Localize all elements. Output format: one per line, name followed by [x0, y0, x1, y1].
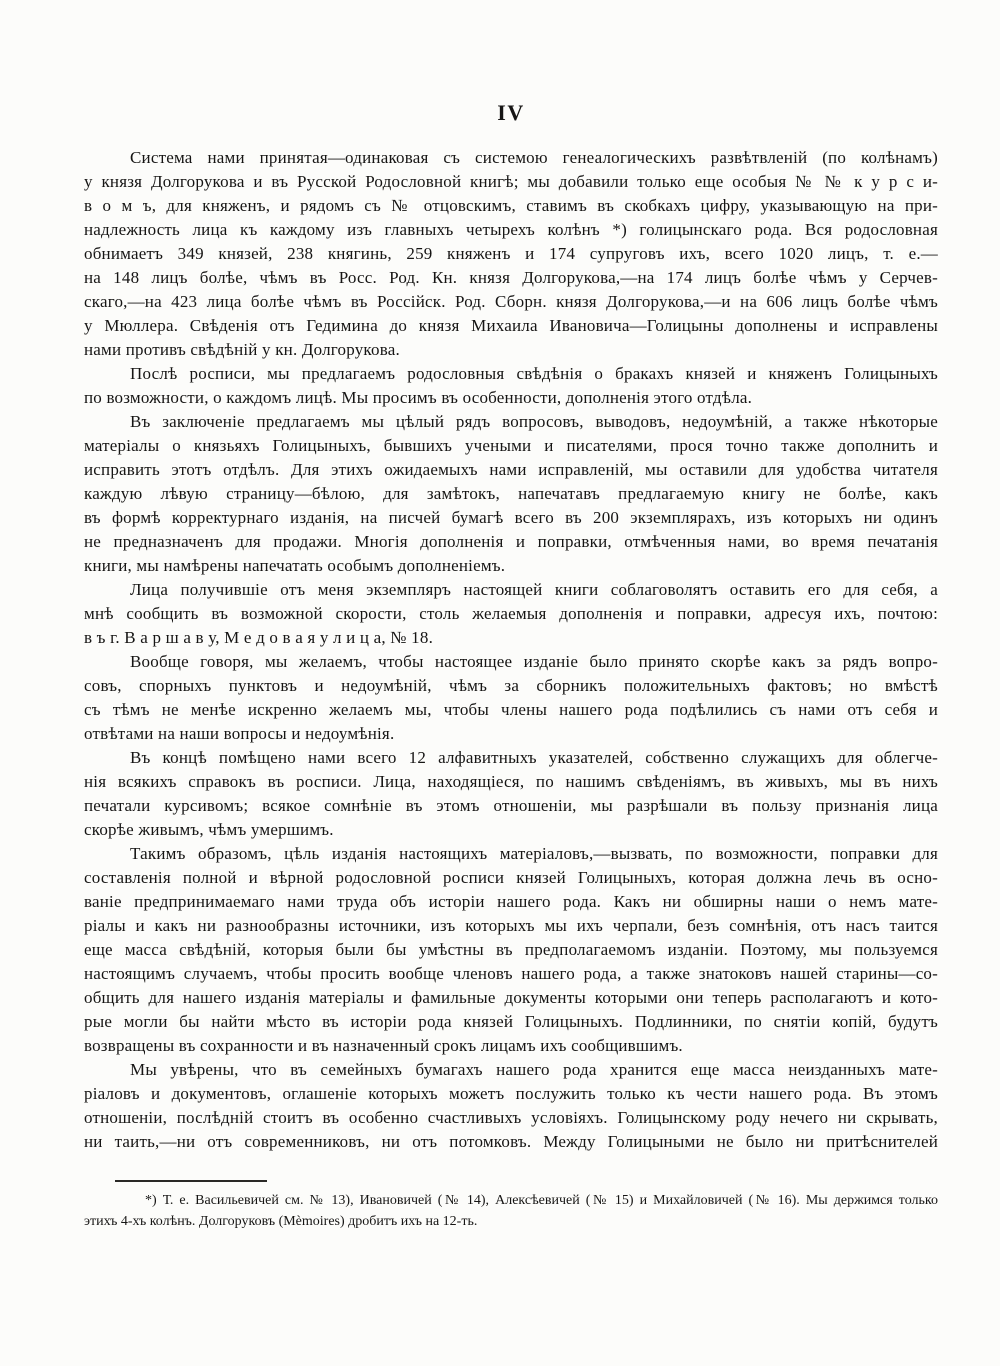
- text-line: исправить этотъ отдѣлъ. Для этихъ ожидае…: [84, 458, 938, 482]
- text-line: общить для нашего изданія матеріалы и фа…: [84, 986, 938, 1010]
- footnote: *) Т. е. Васильевичей см. № 13), Иванови…: [84, 1190, 938, 1232]
- body-text: Система нами принятая—одинаковая съ сист…: [84, 146, 938, 1154]
- text-line: еще масса свѣдѣній, которыя были бы умѣс…: [84, 938, 938, 962]
- text-line: мнѣ сообщить въ возможной скорости, стол…: [84, 602, 938, 626]
- text-line: Мы увѣрены, что въ семейныхъ бумагахъ на…: [84, 1058, 938, 1082]
- footnote-line: этихъ 4-хъ колѣнъ. Долгоруковъ (Mèmoires…: [84, 1211, 938, 1232]
- text-line: въ формѣ корректурнаго изданія, на писче…: [84, 506, 938, 530]
- footnote-separator-rule: [115, 1180, 267, 1182]
- text-line: Послѣ росписи, мы предлагаемъ родословны…: [84, 362, 938, 386]
- text-line: Въ концѣ помѣщено нами всего 12 алфавитн…: [84, 746, 938, 770]
- text-line: на 148 лицъ болѣе, чѣмъ въ Росс. Род. Кн…: [84, 266, 938, 290]
- text-line: у князя Долгорукова и въ Русской Родосло…: [84, 170, 938, 194]
- text-line: совъ, спорныхъ пунктовъ и недоумѣній, чѣ…: [84, 674, 938, 698]
- text-line: Въ заключеніе предлагаемъ мы цѣлый рядъ …: [84, 410, 938, 434]
- text-line: нія всякихъ справокъ въ росписи. Лица, н…: [84, 770, 938, 794]
- text-line: печатали курсивомъ; всякое сомнѣніе въ э…: [84, 794, 938, 818]
- text-line: ваніе предпринимаемаго нами труда объ ис…: [84, 890, 938, 914]
- text-line: возвращены въ сохранности и въ назначенн…: [84, 1034, 938, 1058]
- footnote-line: *) Т. е. Васильевичей см. № 13), Иванови…: [84, 1190, 938, 1211]
- text-line: скорѣе живымъ, чѣмъ умершимъ.: [84, 818, 938, 842]
- text-line: в о м ъ, для княженъ, и рядомъ съ № отцо…: [84, 194, 938, 218]
- text-line: в ъ г. В а р ш а в у, М е д о в а я у л …: [84, 626, 938, 650]
- text-line: Система нами принятая—одинаковая съ сист…: [84, 146, 938, 170]
- text-line: нами противъ свѣдѣній у кн. Долгорукова.: [84, 338, 938, 362]
- text-line: Вообще говоря, мы желаемъ, чтобы настоящ…: [84, 650, 938, 674]
- text-line: надлежность лица къ каждому изъ главныхъ…: [84, 218, 938, 242]
- text-line: у Мюллера. Свѣденія отъ Гедимина до княз…: [84, 314, 938, 338]
- text-line: книги, мы намѣрены напечатать особымъ до…: [84, 554, 938, 578]
- text-line: ни таить,—ни отъ современниковъ, ни отъ …: [84, 1130, 938, 1154]
- text-line: ріалы и какъ ни разнообразны источники, …: [84, 914, 938, 938]
- text-line: настоящимъ случаемъ, чтобы просить вообщ…: [84, 962, 938, 986]
- text-line: Лица получившіе отъ меня экземпляръ наст…: [84, 578, 938, 602]
- text-line: отвѣтами на наши вопросы и недоумѣнія.: [84, 722, 938, 746]
- text-line: отношеніи, послѣдній стоитъ въ особенно …: [84, 1106, 938, 1130]
- scanned-book-page: IV Система нами принятая—одинаковая съ с…: [0, 0, 1000, 1366]
- text-line: матеріалы о князьяхъ Голицыныхъ, бывшихъ…: [84, 434, 938, 458]
- text-line: скаго,—на 423 лица болѣе чѣмъ въ Россійс…: [84, 290, 938, 314]
- text-line: составленія полной и вѣрной родословной …: [84, 866, 938, 890]
- text-line: съ тѣмъ не менѣе искренно желаемъ мы, чт…: [84, 698, 938, 722]
- text-line: по возможности, о каждомъ лицѣ. Мы проси…: [84, 386, 938, 410]
- text-line: каждую лѣвую страницу—бѣлою, для замѣток…: [84, 482, 938, 506]
- text-line: ріаловъ и документовъ, оглашеніе которых…: [84, 1082, 938, 1106]
- page-number-heading: IV: [84, 100, 938, 126]
- text-line: Такимъ образомъ, цѣль изданія настоящихъ…: [84, 842, 938, 866]
- text-line: не предназначенъ для продажи. Многія доп…: [84, 530, 938, 554]
- text-line: обнимаетъ 349 князей, 238 княгинь, 259 к…: [84, 242, 938, 266]
- text-line: рые могли бы найти мѣсто въ исторіи рода…: [84, 1010, 938, 1034]
